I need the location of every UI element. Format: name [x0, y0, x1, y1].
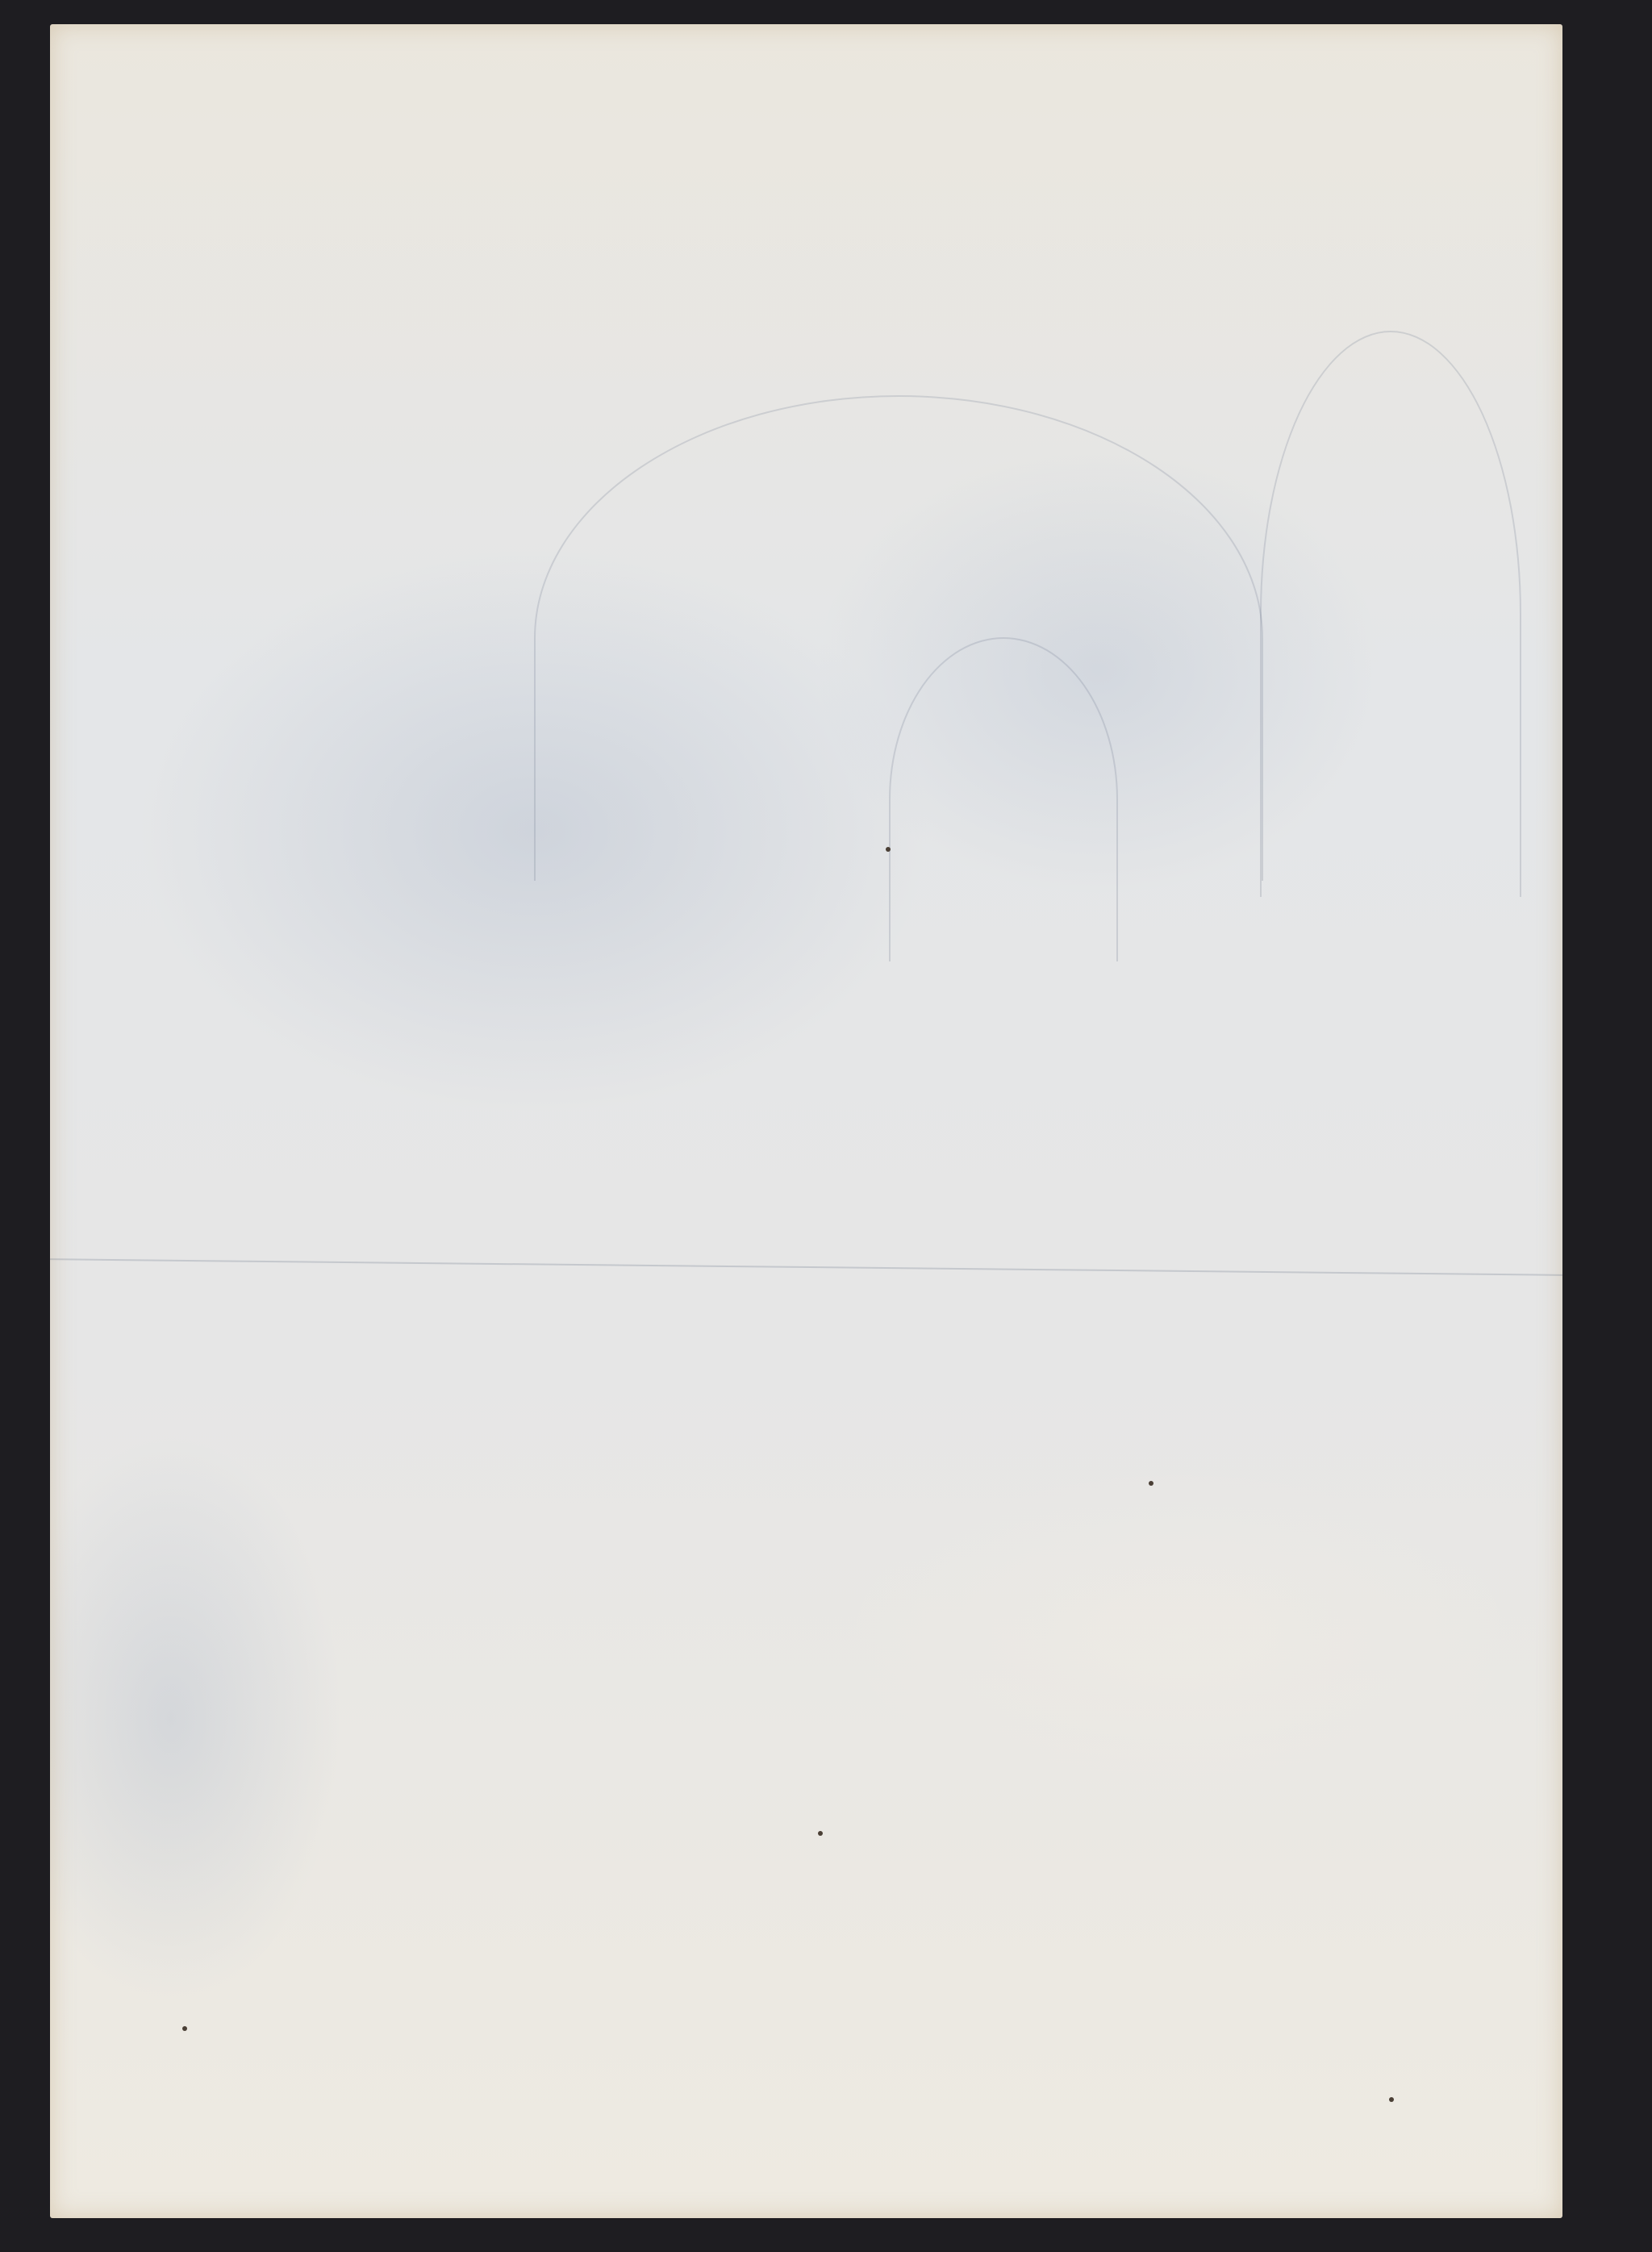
ink-spot: [818, 1831, 823, 1836]
ink-spot: [1389, 2097, 1394, 2102]
ink-spot: [886, 847, 891, 852]
ink-spot: [182, 2026, 187, 2031]
paper-crease: [50, 1258, 1562, 1276]
ink-spot: [1149, 1481, 1153, 1486]
show-through-arch: [1260, 331, 1521, 897]
show-through-arch: [889, 637, 1118, 961]
paper-sheet: Photograph of the verso of an aged paper…: [50, 24, 1562, 2218]
